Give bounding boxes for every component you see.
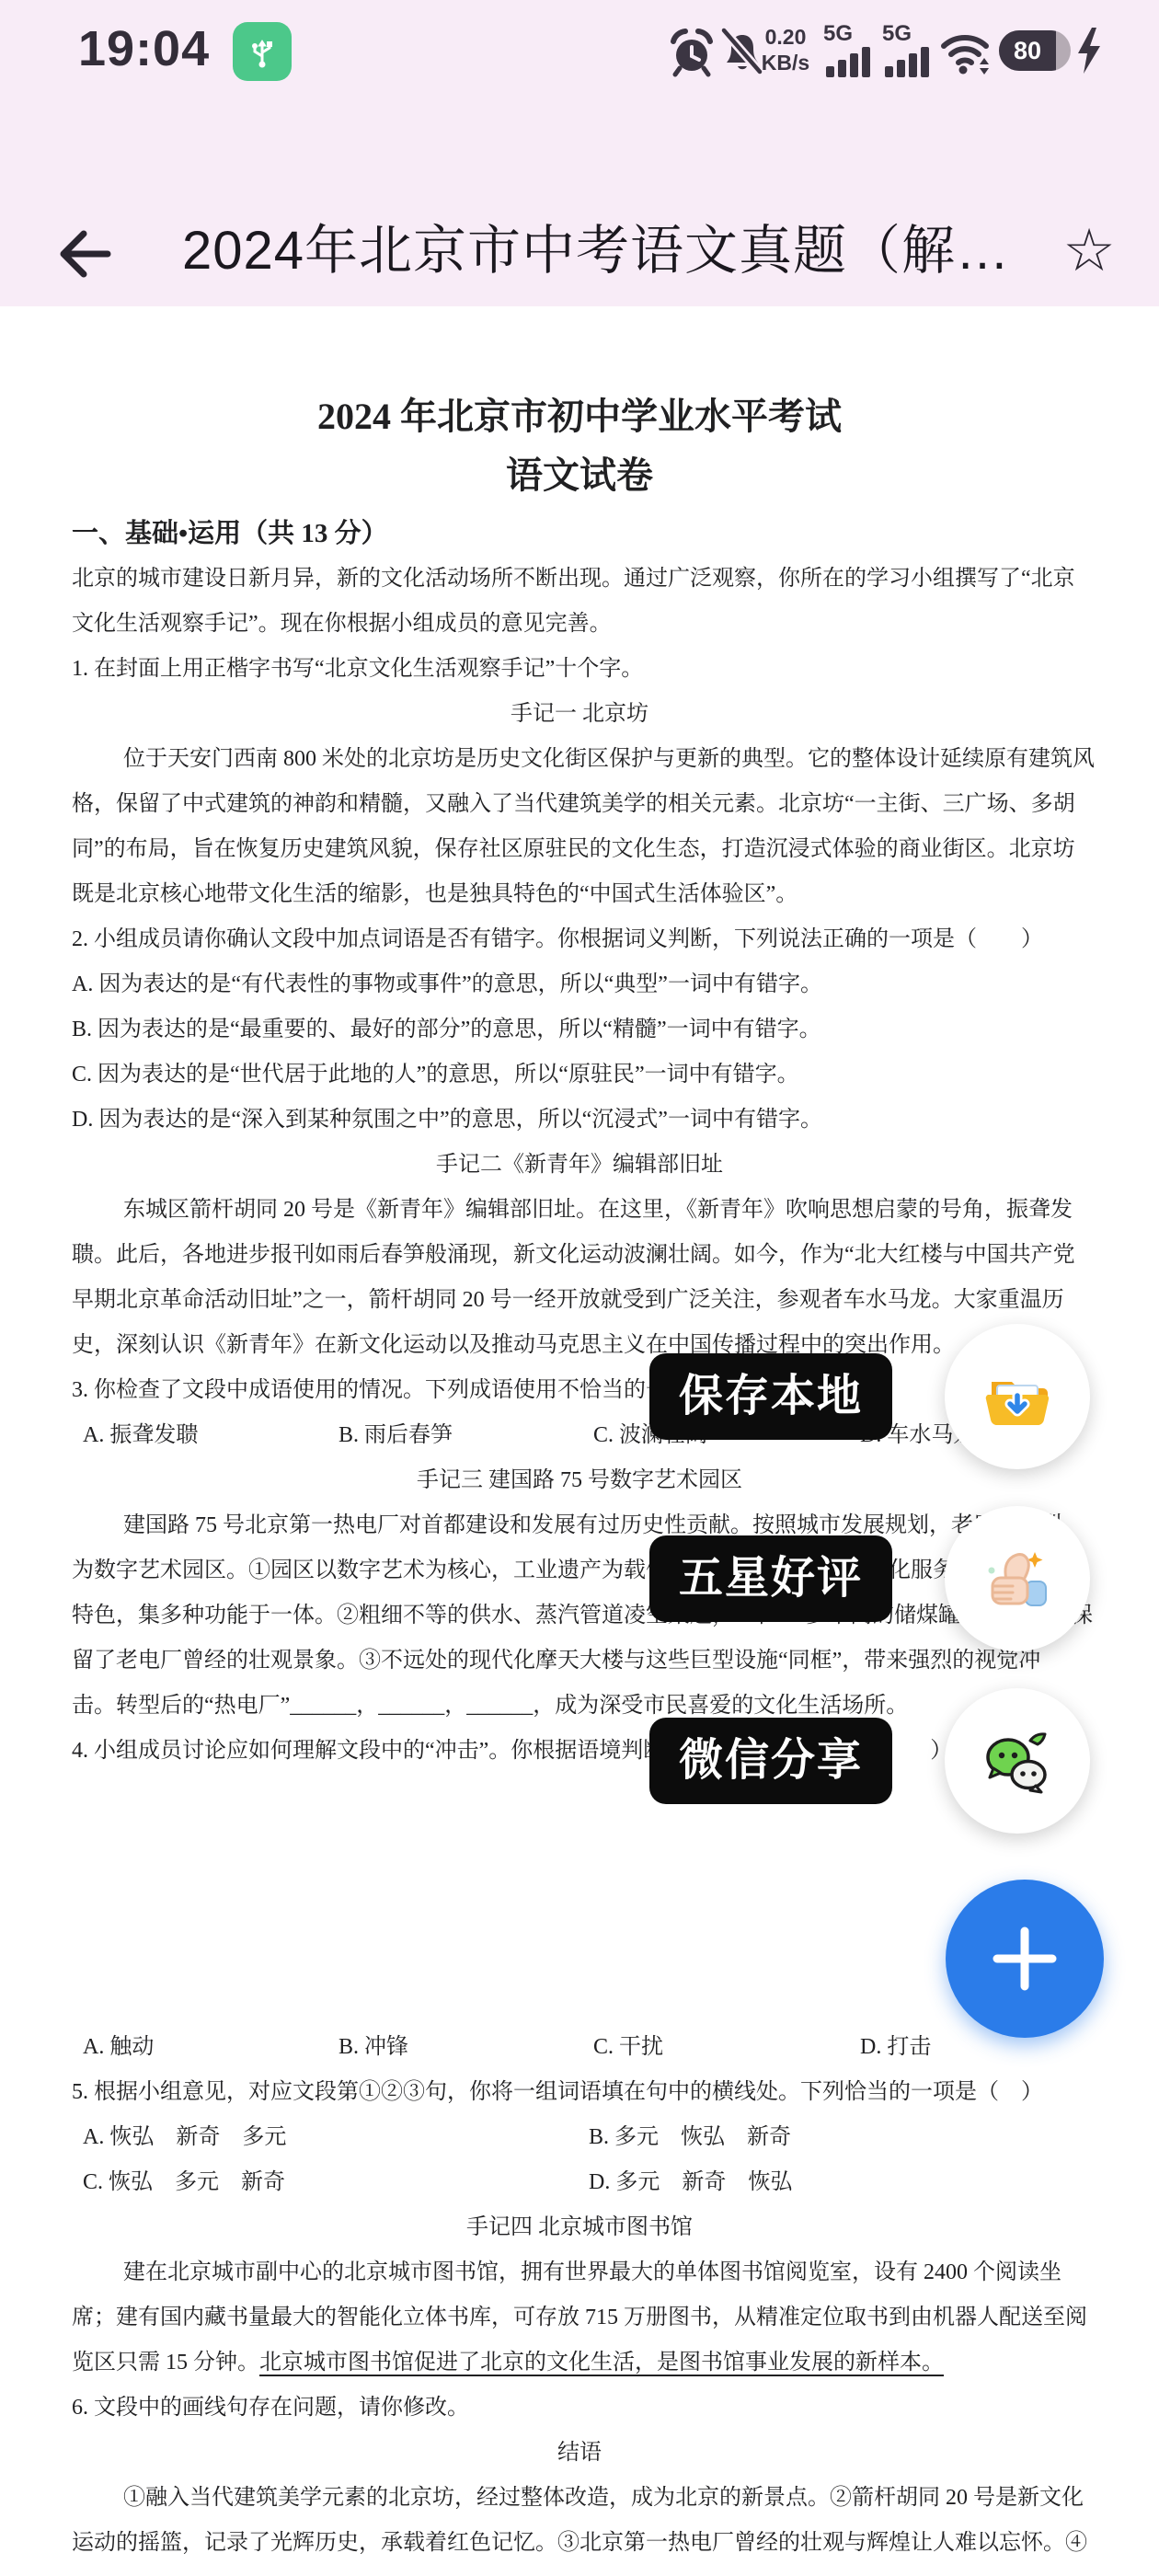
save-local-button[interactable] [945,1324,1090,1469]
option-row: A. 触动B. 冲锋C. 干扰D. 打击 [72,2025,1087,2070]
document-line: 留了老电厂曾经的壮观景象。③不远处的现代化摩天大楼与这些巨型设施“同框”，带来强… [72,1639,1087,1684]
document-line: 东城区箭杆胡同 20 号是《新青年》编辑部旧址。在这里，《新青年》吹响思想启蒙的… [72,1188,1087,1233]
option-item: C. 恢弘 多元 新奇 [83,2160,285,2205]
passage-heading: 手记一 北京坊 [72,692,1087,737]
document-line: 同”的布局，旨在恢复历史建筑风貌，保存社区原驻民的文化生态，打造沉浸式体验的商业… [72,827,1087,872]
document-line: 位于天安门西南 800 米处的北京坊是历史文化街区保护与更新的典型。它的整体设计… [72,737,1087,782]
save-local-label[interactable]: 保存本地 [649,1353,892,1440]
document-line: 特色，集多种功能于一体。②粗细不等的供水、蒸汽管道凌空架起，6 个 40 多米高… [72,1593,1087,1639]
document-line: 史，深刻认识《新青年》在新文化运动以及推动马克思主义在中国传播过程中的突出作用。 [72,1323,1087,1368]
favorite-button[interactable]: ☆ [1047,208,1131,293]
document-line: 建国路 75 号北京第一热电厂对首都建设和发展有过历史性贡献。按照城市发展规划，… [72,1503,1087,1548]
clock-time: 19:04 [78,20,210,77]
rate-five-star-button[interactable] [945,1506,1090,1651]
passage-heading: 手记二《新青年》编辑部旧址 [72,1143,1087,1188]
document-line: 聩。此后，各地进步报刊如雨后春笋般涌现，新文化运动波澜壮阔。如今，作为“北大红楼… [72,1233,1087,1278]
option-row: C. 恢弘 多元 新奇D. 多元 新奇 恢弘 [72,2160,1087,2205]
passage-heading: 手记四 北京城市图书馆 [72,2205,1087,2250]
option-item: A. 振聋发聩 [83,1413,198,1458]
wechat-share-label[interactable]: 微信分享 [649,1718,892,1804]
document-line: 5. 根据小组意见，对应文段第①②③句，你将一组词语填在句中的横线处。下列恰当的… [72,2070,1087,2115]
option-row: A. 振聋发聩B. 雨后春笋C. 波澜壮阔D. 车水马龙 [72,1413,1087,1458]
alarm-icon [666,26,717,79]
folder-download-icon [979,1358,1056,1435]
document-content: 2024 年北京市初中学业水平考试语文试卷一、基础•运用（共 13 分）北京的城… [72,391,1087,2566]
document-line: 2. 小组成员请你确认文段中加点词语是否有错字。你根据词义判断，下列说法正确的一… [72,917,1087,962]
star-icon: ☆ [1062,208,1115,293]
document-line: 为数字艺术园区。①园区以数字艺术为核心，工业遗产为载体，数字科技为依托，文化服务… [72,1548,1087,1593]
option-item: B. 冲锋 [339,2025,408,2070]
status-bar: 19:04 [0,0,1159,101]
charging-icon [1076,28,1102,74]
top-bar: 19:04 [0,0,1159,306]
signal-2-icon: 5G [881,22,933,79]
option-item: C. 干扰 [593,2025,663,2070]
document-line: 3. 你检查了文段中成语使用的情况。下列成语使用不恰当的一项是（ ） [72,1368,1087,1413]
nav-bar: 2024年北京市中考语文真题（解… ☆ [0,201,1159,306]
document-line: 席；建有国内藏书量最大的智能化立体书库，可存放 715 万册图书，从精准定位取书… [72,2295,1087,2340]
battery-indicator: 80 [999,30,1071,71]
signal-1-icon: 5G [822,22,874,79]
document-line: 建在北京城市副中心的北京城市图书馆，拥有世界最大的单体图书馆阅览室，设有 240… [72,2250,1087,2295]
text-segment: 览区只需 15 分钟。 [72,2351,259,2375]
document-line: 早期北京革命活动旧址”之一，箭杆胡同 20 号一经开放就受到广泛关注，参观者车水… [72,1278,1087,1323]
option-item: A. 恢弘 新奇 多元 [83,2115,286,2160]
document-line: 击。转型后的“热电厂”______，______，______，成为深受市民喜爱… [72,1684,1087,1729]
usb-icon [244,33,281,70]
underlined-sentence: 北京城市图书馆促进了北京的文化生活，是图书馆事业发展的新样本。 [259,2351,944,2375]
page-title: 2024年北京市中考语文真题（解… [182,212,1010,291]
exam-title: 2024 年北京市初中学业水平考试 [72,391,1087,443]
document-line: ①融入当代建筑美学元素的北京坊，经过整体改造，成为北京的新景点。②箭杆胡同 20… [72,2476,1087,2521]
document-line: 4. 小组成员讨论应如何理解文段中的“冲击”。你根据语境判断，下列正确的一项是（… [72,1729,1087,1774]
option-item: D. 打击 [860,2025,931,2070]
document-line: 览区只需 15 分钟。北京城市图书馆促进了北京的文化生活，是图书馆事业发展的新样… [72,2340,1087,2386]
document-line: D. 因为表达的是“深入到某种氛围之中”的意思，所以“沉浸式”一词中有错字。 [72,1098,1087,1143]
section-heading: 一、基础•运用（共 13 分） [72,511,1087,557]
wifi-icon [938,24,993,77]
back-button[interactable] [48,217,121,291]
passage-heading: 结语 [72,2431,1087,2476]
document-line: A. 因为表达的是“有代表性的事物或事件”的意思，所以“典型”一词中有错字。 [72,962,1087,1007]
back-arrow-icon [54,226,115,282]
document-line: B. 因为表达的是“最重要的、最好的部分”的意思，所以“精髓”一词中有错字。 [72,1007,1087,1052]
option-row: A. 恢弘 新奇 多元B. 多元 恢弘 新奇 [72,2115,1087,2160]
rate-five-star-label[interactable]: 五星好评 [649,1535,892,1622]
svg-text:5G: 5G [823,22,853,46]
option-item: D. 多元 新奇 恢弘 [589,2160,792,2205]
document-line: 北京的城市建设日新月异，新的文化活动场所不断出现。通过广泛观察，你所在的学习小组… [72,557,1087,602]
document-line: 既是北京核心地带文化生活的缩影，也是独具特色的“中国式生活体验区”。 [72,872,1087,917]
usb-status-badge [233,22,292,81]
option-item: A. 触动 [83,2025,154,2070]
thumbs-up-icon [978,1539,1057,1618]
wechat-icon [977,1720,1058,1801]
document-line: C. 因为表达的是“世代居于此地的人”的意思，所以“原驻民”一词中有错字。 [72,1052,1087,1098]
document-line: 运动的摇篮，记录了光辉历史，承载着红色记忆。③北京第一热电厂曾经的壮观与辉煌让人… [72,2521,1087,2566]
document-line: 格，保留了中式建筑的神韵和精髓，又融入了当代建筑美学的相关元素。北京坊“一主街、… [72,782,1087,827]
page-break-gap [72,1774,1087,2025]
battery-level: 80 [999,30,1056,71]
plus-icon [986,1920,1063,1997]
option-item: B. 雨后春笋 [339,1413,453,1458]
document-line: 1. 在封面上用正楷字书写“北京文化生活观察手记”十个字。 [72,647,1087,692]
exam-subtitle: 语文试卷 [72,450,1087,501]
wechat-share-button[interactable] [945,1688,1090,1834]
option-item: B. 多元 恢弘 新奇 [589,2115,791,2160]
svg-text:5G: 5G [882,22,912,46]
phone-screen: 19:04 [0,0,1159,2576]
document-line: 6. 文段中的画线句存在问题，请你修改。 [72,2386,1087,2431]
network-speed: 0.20 KB/s [758,24,813,75]
fab-add-button[interactable] [946,1880,1104,2038]
passage-heading: 手记三 建国路 75 号数字艺术园区 [72,1458,1087,1503]
document-line: 文化生活观察手记”。现在你根据小组成员的意见完善。 [72,602,1087,647]
